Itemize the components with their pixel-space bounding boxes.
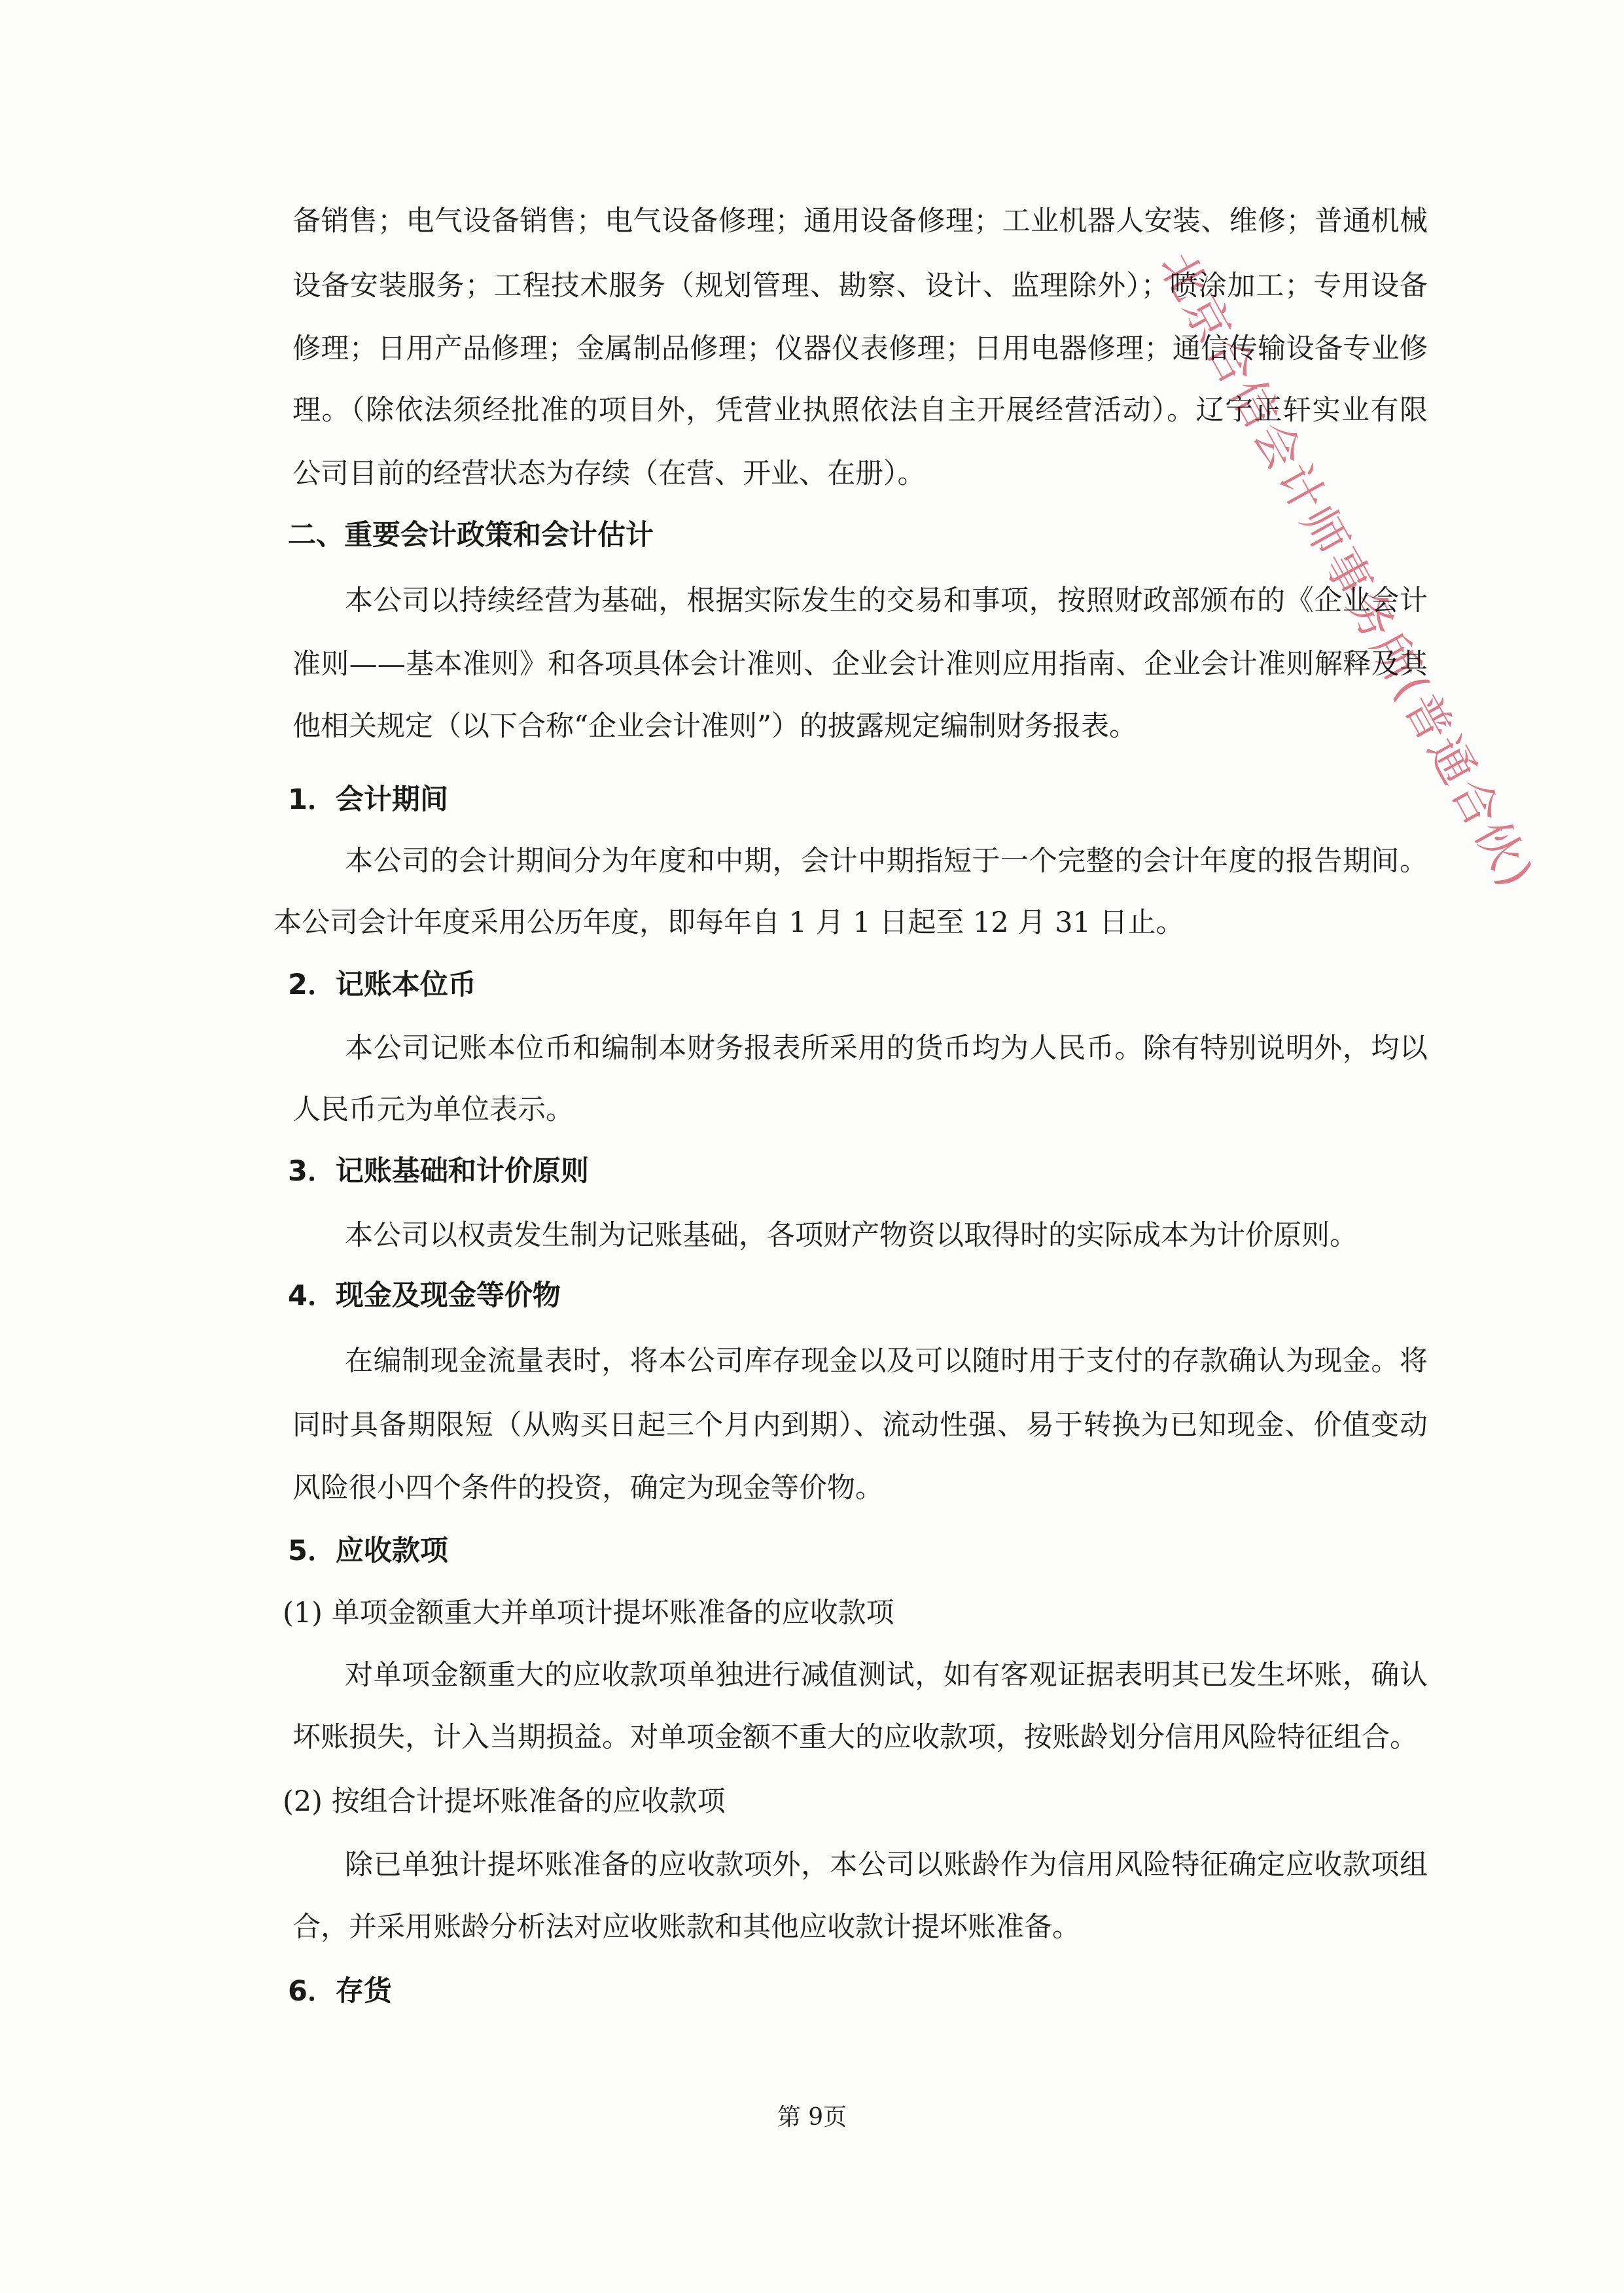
- subsection-heading-inventory: 6．存货: [288, 1972, 392, 2011]
- body-text-line: 他相关规定（以下合称“企业会计准则”）的披露规定编制财务报表。: [292, 707, 1428, 746]
- item-heading: (1) 单项金额重大并单项计提坏账准备的应收款项: [283, 1593, 894, 1633]
- body-text-line: 本公司以持续经营为基础，根据实际发生的交易和事项，按照财政部颁布的《企业会计: [345, 581, 1428, 620]
- body-text-line: 本公司会计年度采用公历年度，即每年自 1 月 1 日起至 12 月 31 日止。: [274, 903, 1428, 942]
- subsection-heading-receivables: 5．应收款项: [288, 1531, 448, 1571]
- body-text-line: 在编制现金流量表时，将本公司库存现金以及可以随时用于支付的存款确认为现金。将: [345, 1342, 1428, 1381]
- subsection-heading-accounting-period: 1．会计期间: [288, 780, 448, 819]
- body-text-line: 坏账损失，计入当期损益。对单项金额不重大的应收款项，按账龄划分信用风险特征组合。: [292, 1718, 1428, 1757]
- body-text-line: 同时具备期限短（从购买日起三个月内到期）、流动性强、易于转换为已知现金、价值变动: [292, 1406, 1428, 1445]
- body-text-line: 本公司记账本位币和编制本财务报表所采用的货币均为人民币。除有特别说明外，均以: [345, 1029, 1428, 1068]
- body-text-line: 合，并采用账龄分析法对应收账款和其他应收款计提坏账准备。: [292, 1908, 1428, 1947]
- document-page: 备销售；电气设备销售；电气设备修理；通用设备修理；工业机器人安装、维修；普通机械…: [0, 0, 1624, 2293]
- page-number: 第 9页: [0, 2099, 1624, 2136]
- body-text-line: 备销售；电气设备销售；电气设备修理；通用设备修理；工业机器人安装、维修；普通机械: [292, 202, 1428, 241]
- body-text-line: 本公司的会计期间分为年度和中期，会计中期指短于一个完整的会计年度的报告期间。: [345, 842, 1428, 881]
- body-text-line: 公司目前的经营状态为存续（在营、开业、在册）。: [292, 454, 1428, 493]
- body-text-line: 风险很小四个条件的投资，确定为现金等价物。: [292, 1468, 1428, 1508]
- body-text-line: 除已单独计提坏账准备的应收款项外，本公司以账龄作为信用风险特征确定应收款项组: [345, 1845, 1428, 1885]
- firm-seal-stamp: 北京合信会计师事务所(普通合伙): [1146, 242, 1483, 786]
- subsection-heading-accounting-basis: 3．记账基础和计价原则: [288, 1152, 589, 1191]
- subsection-heading-functional-currency: 2．记账本位币: [288, 965, 476, 1004]
- body-text-line: 人民币元为单位表示。: [292, 1090, 1428, 1129]
- item-heading: (2) 按组合计提坏账准备的应收款项: [283, 1782, 726, 1821]
- body-text-line: 准则——基本准则》和各项具体会计准则、企业会计准则应用指南、企业会计准则解释及其: [292, 645, 1428, 684]
- body-text-line: 本公司以权责发生制为记账基础，各项财产物资以取得时的实际成本为计价原则。: [345, 1216, 1428, 1255]
- section-heading: 二、重要会计政策和会计估计: [288, 516, 654, 555]
- body-text-line: 修理；日用产品修理；金属制品修理；仪器仪表修理；日用电器修理；通信传输设备专业修: [292, 329, 1428, 368]
- subsection-heading-cash-equivalents: 4．现金及现金等价物: [288, 1276, 561, 1315]
- body-text-line: 对单项金额重大的应收款项单独进行减值测试，如有客观证据表明其已发生坏账，确认: [345, 1656, 1428, 1695]
- body-text-line: 设备安装服务；工程技术服务（规划管理、勘察、设计、监理除外）；喷涂加工；专用设备: [292, 266, 1428, 306]
- body-text-line: 理。（除依法须经批准的项目外，凭营业执照依法自主开展经营活动）。辽宁正轩实业有限: [292, 391, 1428, 430]
